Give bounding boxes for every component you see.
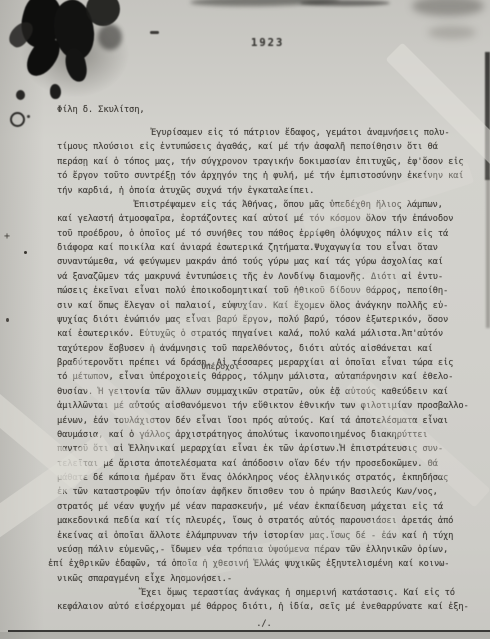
letter-line: παντοῦ ὅτι αἱ Ἑλληνικαί μεραρχίαι εἶναι … xyxy=(57,442,471,456)
letter-line: ταχύτερον ἔσβυσεν ἡ ἀνάμνησις τοῦ παρελθ… xyxy=(57,342,471,356)
salutation: Φίλη δ. Σκυλίτση, xyxy=(57,105,145,115)
ink-dot-mark xyxy=(27,115,30,118)
ink-blot-shape xyxy=(98,24,122,50)
letter-line: μένων, ἐάν τουλάχιστον δέν εἶναι ἴσοι πρ… xyxy=(57,414,471,428)
letter-line: κεφάλαιον αὐτό εἰσέρχομαι μέ θάρρος διότ… xyxy=(57,600,471,614)
right-edge-shadow xyxy=(485,52,490,180)
letter-line: νά ξαναζῶμεν τάς μακρυνά ἐντυπώσεις τῆς … xyxy=(57,270,471,284)
right-edge-shadow xyxy=(486,178,490,328)
scanned-letter-page: + 1923 Φίλη δ. Σκυλίτση, Ἐγυρίσαμεν εἰς … xyxy=(0,0,490,639)
page-continuation-mark: ./. xyxy=(57,619,471,629)
letter-line: διάφορα καί ποικίλα καί ἀνιαρά ἐσωτερικά… xyxy=(57,241,471,255)
margin-dot-mark xyxy=(6,318,9,322)
letter-line: θαυμάσια, καί ὁ γάλλος ἀρχιστράτηγος ἀπο… xyxy=(57,428,471,442)
letter-line: νεύσῃ πάλιν εὐμενῶς,- ἴδωμεν νέα τρόπαια… xyxy=(57,543,471,557)
letter-line: ἐκ τῶν καταστροφῶν τήν ὁποίαν ἀφῆκεν ὄπι… xyxy=(57,485,471,499)
letter-line: ἐκείνας αἱ ὁποῖαι ἄλλοτε ἐλάμπρυναν τήν … xyxy=(57,529,471,543)
letter-line: τό ἔργον τοῦτο συντρέξῃ τόν ἀρχηγόν της … xyxy=(57,169,471,183)
ink-blot xyxy=(0,0,160,144)
letter-line: τελεῖται μέ ἄριστα ἀποτελέσματα καί ἀπόδ… xyxy=(57,457,471,471)
letter-line: τοῦ προέδρου, ὁ ὁποῖος μέ τό συνήθες του… xyxy=(57,227,471,241)
letter-line: νικῶς σπαραγμένη εἶχε λησμονήσει.- xyxy=(57,572,471,586)
letter-line: συναντώμεθα, νά φεύγωμεν μακράν ἀπό τούς… xyxy=(57,255,471,269)
letter-line: ἁμιλλῶνται μέ αὐτούς αἰσθανόμενοι τήν εὔ… xyxy=(57,399,471,413)
ink-blot-droplet xyxy=(16,90,25,100)
margin-dot-mark xyxy=(24,251,27,254)
small-dash-mark xyxy=(150,31,159,34)
letter-line: ἐπί ἐχθρικῶν ἐδαφῶν, τά ὁποῖα ἡ χθεσινή … xyxy=(48,557,471,571)
ink-blot-droplet xyxy=(50,84,61,99)
letter-line: τίμους πλούσιοι εἰς ἐντυπώσεις ἀγαθάς, κ… xyxy=(57,140,471,154)
letter-line: τήν καρδιά, ἡ ὁποία ἀτυχῶς συχνά τήν ἐγκ… xyxy=(57,184,471,198)
letter-line: Ἐπιστρέψαμεν εἰς τάς Ἀθήνας, ὅπου μᾶς ὑπ… xyxy=(57,198,471,212)
letter-line: πώσεις ἐκεῖναι εἶναι πολύ ἐποικοδομητικα… xyxy=(57,284,471,298)
letter-line: καί γελαστή ἀτμοσφαῖρα, ἑορτάζοντες καί … xyxy=(57,212,471,226)
letter-line: τό μέτωπον, εἶναι ὑπέροχοιεἰς θάρρος, τό… xyxy=(57,370,471,384)
top-smudge xyxy=(412,0,484,16)
letter-line: περάσῃ καί ὁ τόπος μας, τήν σύγχρονον τρ… xyxy=(57,155,471,169)
letter-line: βραδύτερονὅτι πρέπει νά δράσῃ. Αἱ τέσσαρ… xyxy=(57,356,471,370)
letter-body: Ἐγυρίσαμεν εἰς τό πάτριον ἔδαφος, γεμάτο… xyxy=(57,126,471,615)
letter-line: Ἔχει ὅμως τεραστίας ἀνάγκας ἡ σημερινή κ… xyxy=(57,586,471,600)
bottom-edge-strip xyxy=(0,632,490,639)
typed-insertion: ὑπέροχοι xyxy=(201,361,239,371)
letter-line: μάθατε δέ κάποια ἡμέραν ὅτι ἕνας ὁλόκληρ… xyxy=(57,471,471,485)
letter-line: Ἐγυρίσαμεν εἰς τό πάτριον ἔδαφος, γεμάτο… xyxy=(57,126,471,140)
letter-line: στρατός μέ νέαν ψυχήν μέ νέαν παρασκευήν… xyxy=(57,500,471,514)
ink-ring-mark xyxy=(10,112,25,127)
letter-line: θυσίαν. Ἡ γειτονία τῶν ἄλλων συμμαχικῶν … xyxy=(57,385,471,399)
letter-line: ψυχίας διότι ἐνώπιόν μας εἶναι βαρύ ἔργο… xyxy=(57,313,471,327)
top-smudge xyxy=(300,0,390,6)
letter-line: μακεδονικά πεδία καί τίς πλευρές, ἴσως ὁ… xyxy=(57,514,471,528)
top-smudge xyxy=(428,26,476,39)
letter-line: καί ἐσωτερικόν. Εὐτυχῶς ὁ στρατός πηγαίν… xyxy=(57,327,471,341)
margin-plus-mark: + xyxy=(4,231,10,242)
letter-line: σιν καί ὅπως ἔλεγαν οἱ παλαιοί, εὐψυχίαν… xyxy=(57,299,471,313)
year-stamp: 1923 xyxy=(251,37,284,49)
